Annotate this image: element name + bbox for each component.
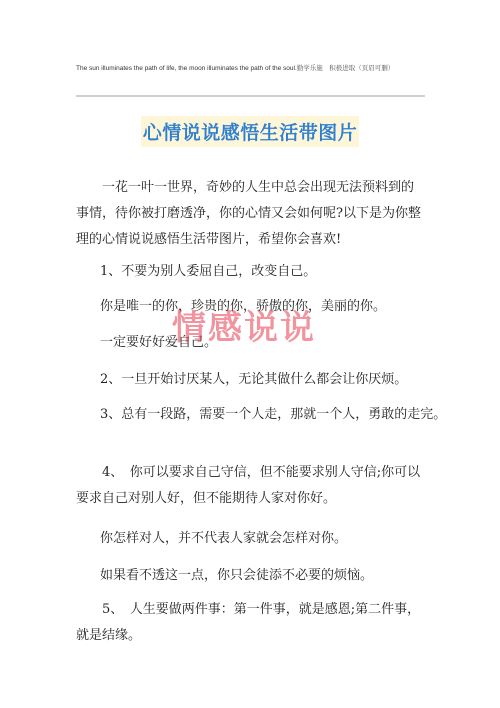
- item-3: 3、总有一段路，需要一个人走，那就一个人，勇敢的走完。: [100, 402, 450, 428]
- header-chinese: 勤学乐施 积极进取（页眉可删）: [297, 64, 395, 72]
- item-5: 5、 人生要做两件事：第一件事，就是感恩;第二件事，就是结缘。: [76, 597, 426, 649]
- intro-paragraph: 一花一叶一世界，奇妙的人生中总会出现无法预料到的事情，待你被打磨透净，你的心情又…: [76, 175, 426, 253]
- item-2: 2、一旦开始讨厌某人，无论其做什么都会让你厌烦。: [100, 367, 450, 393]
- document-title-wrap: 心情说说感悟生活带图片: [0, 116, 500, 147]
- item-4: 4、 你可以要求自己守信，但不能要求别人守信;你可以要求自己对别人好，但不能期待…: [76, 460, 426, 512]
- item-4-line-2: 你怎样对人，并不代表人家就会怎样对你。: [100, 526, 450, 552]
- header-english: The sun illuminates the path of life, th…: [76, 65, 297, 72]
- header-divider: [76, 95, 425, 97]
- item-1: 1、不要为别人委屈自己，改变自己。: [100, 259, 450, 285]
- watermark: 情感说说: [172, 300, 316, 349]
- page-header: The sun illuminates the path of life, th…: [76, 63, 394, 72]
- item-4-line-3: 如果看不透这一点，你只会徒添不必要的烦恼。: [100, 563, 450, 589]
- document-title: 心情说说感悟生活带图片: [141, 116, 360, 147]
